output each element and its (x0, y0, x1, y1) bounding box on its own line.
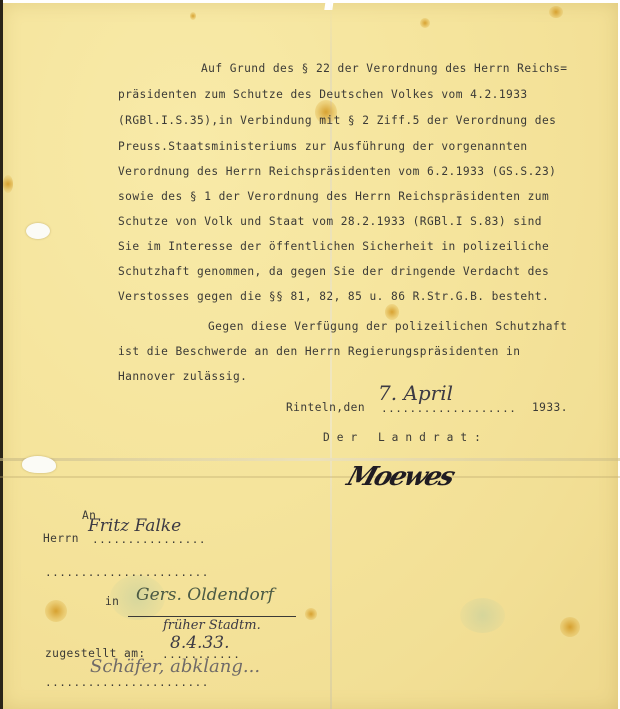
rust-stain (385, 304, 399, 320)
body-line: Auf Grund des § 22 der Verordnung des He… (201, 63, 567, 74)
body-line: präsidenten zum Schutze des Deutschen Vo… (118, 89, 528, 100)
place-label: Rinteln,den (286, 402, 365, 413)
rust-spot (190, 12, 196, 20)
body-line: Verordnung des Herrn Reichspräsidenten v… (118, 166, 556, 177)
last-line-dots: ....................... (45, 676, 209, 689)
body-line: Sie im Interesse der öffentlichen Sicher… (118, 241, 549, 252)
horizontal-fold (0, 458, 620, 461)
water-stain (460, 598, 505, 633)
punch-hole (26, 223, 50, 239)
date-dots: ................... (381, 402, 516, 415)
appeal-line: Hannover zulässig. (118, 371, 247, 382)
scan-edge (0, 0, 3, 709)
year: 1933. (532, 402, 568, 413)
rust-spot (549, 6, 563, 18)
in-label: in (105, 596, 119, 607)
body-line: (RGBl.I.S.35),in Verbindung mit § 2 Ziff… (118, 115, 556, 126)
rust-stain (45, 600, 67, 622)
location-note: früher Stadtm. (163, 618, 261, 633)
rust-spot (420, 18, 430, 28)
rust-spot (305, 608, 317, 620)
signatory-title: Der Landrat: (323, 432, 488, 443)
signature: Moewes (343, 462, 457, 492)
rust-stain (560, 617, 580, 637)
last-line-handwritten: Schäfer, abklang... (90, 656, 260, 677)
body-line: sowie des § 1 der Verordnung des Herrn R… (118, 191, 549, 202)
second-line-dots: ....................... (45, 566, 209, 579)
body-line: Verstosses gegen die §§ 81, 82, 85 u. 86… (118, 291, 549, 302)
body-line: Preuss.Staatsministeriums zur Ausführung… (118, 141, 528, 152)
body-line: Schutzhaft genommen, da gegen Sie der dr… (118, 266, 549, 277)
location-handwritten: Gers. Oldendorf (136, 585, 274, 605)
appeal-line: Gegen diese Verfügung der polizeilichen … (208, 321, 567, 332)
location-underline (128, 616, 296, 617)
appeal-line: ist die Beschwerde an den Herrn Regierun… (118, 346, 520, 357)
paper-tear (324, 0, 333, 10)
recipient-dots: ................ (92, 533, 206, 546)
horizontal-crease (0, 476, 620, 478)
herrn-label: Herrn (43, 533, 79, 544)
rust-stain (3, 175, 13, 193)
torn-hole (22, 456, 56, 473)
body-line: Schutze von Volk und Staat vom 28.2.1933… (118, 216, 542, 227)
